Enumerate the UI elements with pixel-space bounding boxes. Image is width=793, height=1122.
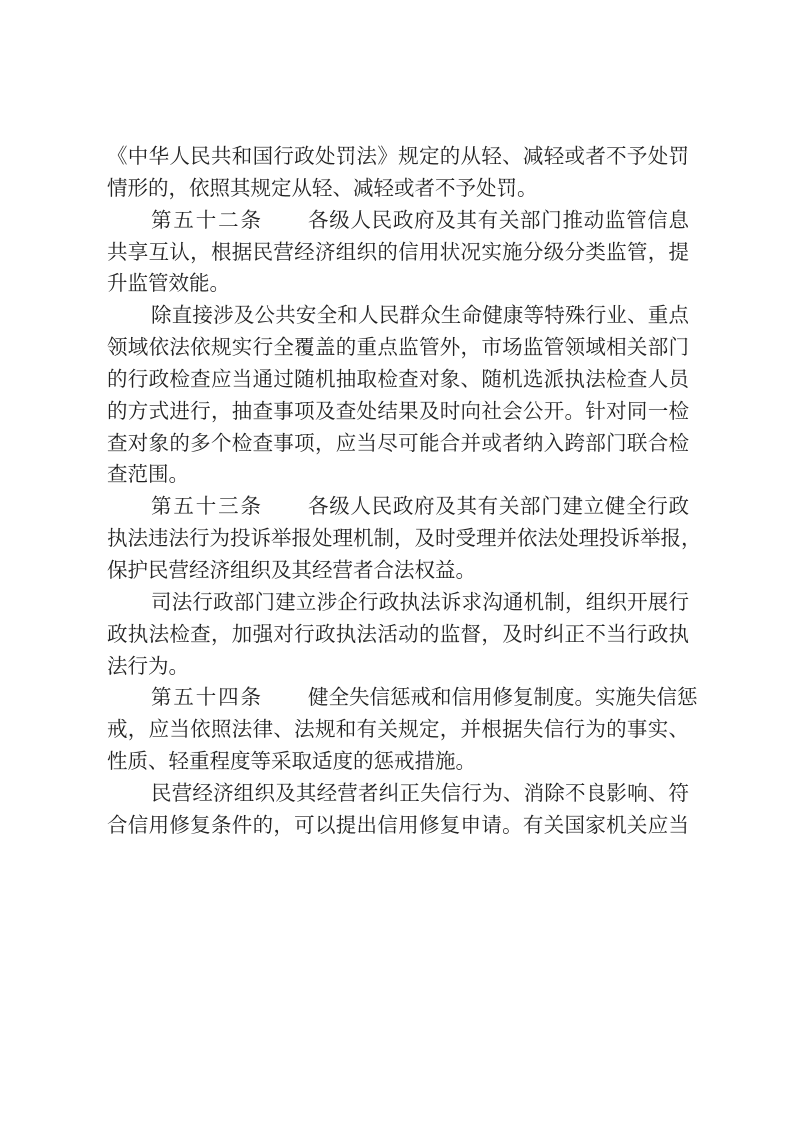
text-line: 司法行政部门建立涉企行政执法诉求沟通机制，组织开展行	[107, 587, 689, 619]
continuation-paragraph: 《中华人民共和国行政处罚法》规定的从轻、减轻或者不予处罚 情形的，依照其规定从轻…	[107, 141, 689, 205]
text-line: 除直接涉及公共安全和人民群众生命健康等特殊行业、重点	[107, 300, 689, 332]
article-54: 第五十四条 健全失信惩戒和信用修复制度。实施失信惩 戒，应当依照法律、法规和有关…	[107, 682, 689, 778]
text-line: 查范围。	[107, 459, 689, 491]
text-line: 升监管效能。	[107, 268, 689, 300]
text-line: 各级人民政府及其有关部门推动监管信息	[308, 205, 689, 237]
text-line: 《中华人民共和国行政处罚法》规定的从轻、减轻或者不予处罚	[107, 141, 689, 173]
text-line: 情形的，依照其规定从轻、减轻或者不予处罚。	[107, 173, 689, 205]
document-page: 《中华人民共和国行政处罚法》规定的从轻、减轻或者不予处罚 情形的，依照其规定从轻…	[107, 141, 689, 842]
text-line: 法行为。	[107, 651, 689, 683]
text-line: 健全失信惩戒和信用修复制度。实施失信惩	[308, 682, 689, 714]
article-number: 第五十四条	[151, 682, 261, 714]
text-line: 的方式进行，抽查事项及查处结果及时向社会公开。针对同一检	[107, 396, 689, 428]
text-line: 戒，应当依照法律、法规和有关规定，并根据失信行为的事实、	[107, 714, 689, 746]
body-paragraph: 除直接涉及公共安全和人民群众生命健康等特殊行业、重点 领域依法依规实行全覆盖的重…	[107, 300, 689, 491]
text-line: 的行政检查应当通过随机抽取检查对象、随机选派执法检查人员	[107, 364, 689, 396]
text-line: 民营经济组织及其经营者纠正失信行为、消除不良影响、符	[107, 778, 689, 810]
article-first-line: 第五十二条 各级人民政府及其有关部门推动监管信息	[107, 205, 689, 237]
text-line: 共享互认，根据民营经济组织的信用状况实施分级分类监管，提	[107, 237, 689, 269]
text-line: 合信用修复条件的，可以提出信用修复申请。有关国家机关应当	[107, 810, 689, 842]
article-number: 第五十二条	[151, 205, 261, 237]
body-paragraph: 司法行政部门建立涉企行政执法诉求沟通机制，组织开展行 政执法检查，加强对行政执法…	[107, 587, 689, 683]
text-line: 查对象的多个检查事项，应当尽可能合并或者纳入跨部门联合检	[107, 428, 689, 460]
body-paragraph: 民营经济组织及其经营者纠正失信行为、消除不良影响、符 合信用修复条件的，可以提出…	[107, 778, 689, 842]
text-line: 执法违法行为投诉举报处理机制，及时受理并依法处理投诉举报，	[107, 523, 689, 555]
article-first-line: 第五十四条 健全失信惩戒和信用修复制度。实施失信惩	[107, 682, 689, 714]
text-line: 领域依法依规实行全覆盖的重点监管外，市场监管领域相关部门	[107, 332, 689, 364]
article-first-line: 第五十三条 各级人民政府及其有关部门建立健全行政	[107, 491, 689, 523]
article-number: 第五十三条	[151, 491, 261, 523]
article-52: 第五十二条 各级人民政府及其有关部门推动监管信息 共享互认，根据民营经济组织的信…	[107, 205, 689, 301]
text-line: 保护民营经济组织及其经营者合法权益。	[107, 555, 689, 587]
text-line: 政执法检查，加强对行政执法活动的监督，及时纠正不当行政执	[107, 619, 689, 651]
text-line: 各级人民政府及其有关部门建立健全行政	[308, 491, 689, 523]
article-53: 第五十三条 各级人民政府及其有关部门建立健全行政 执法违法行为投诉举报处理机制，…	[107, 491, 689, 587]
text-line: 性质、轻重程度等采取适度的惩戒措施。	[107, 746, 689, 778]
